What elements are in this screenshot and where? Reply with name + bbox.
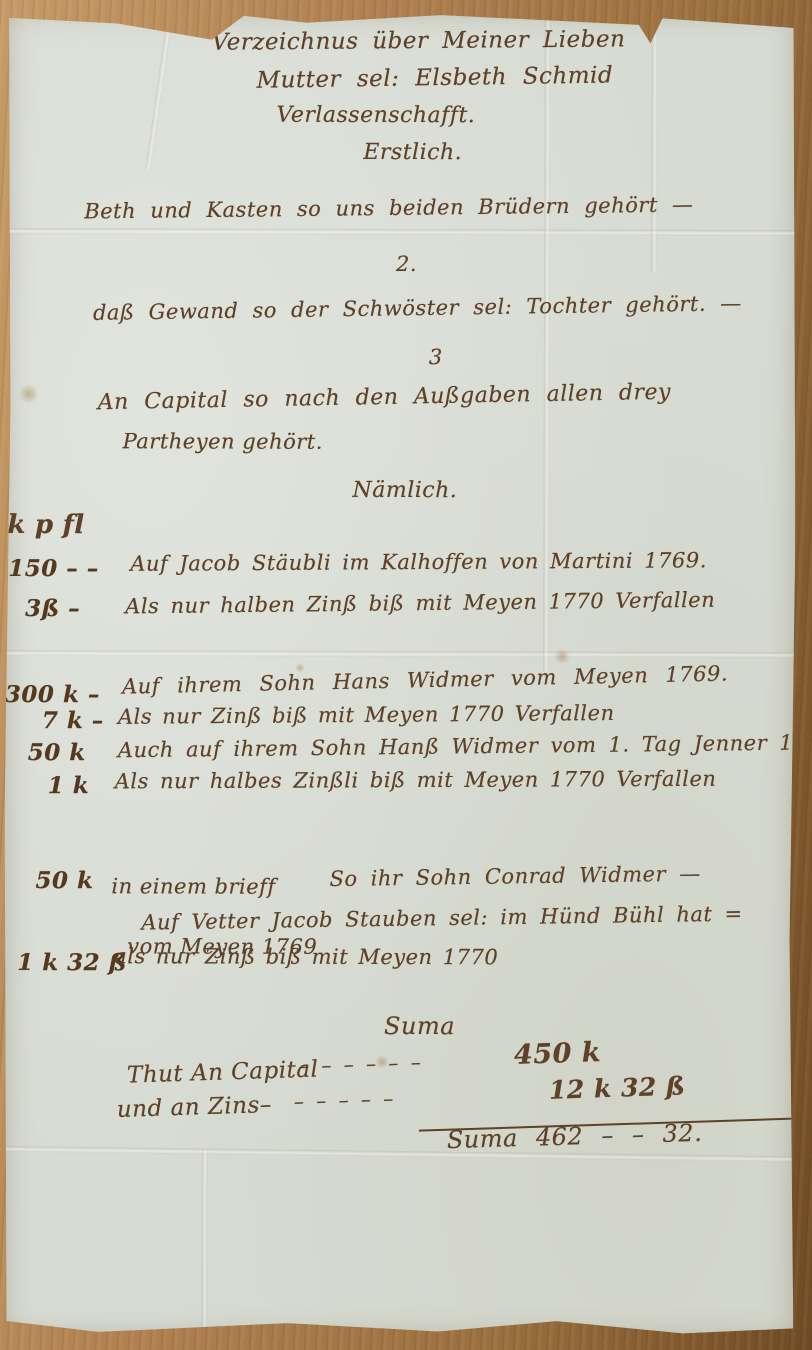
- summary-total-value: 462 – – 32.: [536, 1119, 703, 1152]
- item-3-number: 3: [429, 345, 443, 369]
- currency-symbol-3: fl: [63, 510, 85, 540]
- summary-interest-value: 12 k 32 ß: [548, 1071, 685, 1104]
- letter-block-amount: 50 k: [35, 867, 93, 894]
- item-2-number: 2.: [396, 252, 417, 276]
- letter-block-line-4: als nur Zinß biß mit Meyen 1770: [114, 944, 498, 969]
- fold-crease-vertical: [201, 1150, 207, 1337]
- summary-total-label: Suma: [446, 1124, 518, 1154]
- ink-stain: [553, 649, 571, 663]
- section-heading-naemlich: Nämlich.: [352, 478, 457, 503]
- title-line-3: Verlassenschafft.: [276, 103, 475, 129]
- letter-block-line-1a: in einem brieff: [111, 874, 275, 898]
- summary-heading: Suma: [384, 1012, 455, 1040]
- ledger-row-amount: 50 k: [28, 739, 86, 766]
- ledger-row-amount: 3ß –: [25, 595, 80, 622]
- item-3-text-line-2: Partheyen gehört.: [123, 429, 323, 454]
- summary-capital-dash-leaders: – – – – – –: [299, 1050, 425, 1078]
- fold-crease-horizontal: [5, 650, 795, 658]
- ink-stain: [18, 385, 40, 403]
- letter-block-line-2: Auf Vetter Jacob Stauben sel: im Hünd Bü…: [141, 902, 743, 935]
- ledger-row-amount: 150 – –: [8, 555, 99, 582]
- title-line-2: Mutter sel: Elsbeth Schmid: [256, 62, 613, 93]
- ledger-row-amount: 300 k –: [5, 681, 100, 708]
- fold-crease-vertical: [651, 12, 658, 272]
- currency-symbol-2: p: [35, 510, 54, 540]
- summary-total-line: Suma 462 – – 32.: [446, 1119, 702, 1154]
- title-line-1: Verzeichnus über Meiner Lieben: [212, 26, 626, 55]
- ledger-row-text: Als nur Zinß biß mit Meyen 1770 Verfalle…: [118, 701, 615, 729]
- summary-capital-label: Thut An Capital: [127, 1056, 319, 1088]
- currency-column-symbols: kpfl: [7, 510, 93, 540]
- letter-block-line-1b: So ihr Sohn Conrad Widmer —: [329, 862, 701, 892]
- summary-interest-dash-leaders: – – – – –: [294, 1086, 397, 1113]
- ledger-row-amount: 7 k –: [42, 707, 104, 734]
- fold-crease-horizontal: [6, 228, 796, 236]
- summary-capital-value: 450 k: [514, 1037, 602, 1071]
- section-heading-erstlich: Erstlich.: [363, 140, 462, 165]
- ledger-row-text: Auf ihrem Sohn Hans Widmer vom Meyen 176…: [122, 661, 728, 698]
- paper-sheet: Verzeichnus über Meiner Lieben Mutter se…: [3, 10, 796, 1339]
- letter-block-interest-amount: 1 k 32 ß: [17, 949, 127, 976]
- ledger-row-text: Als nur halbes Zinßli biß mit Meyen 1770…: [115, 767, 717, 794]
- summary-interest-label: und an Zins–: [116, 1092, 272, 1123]
- ledger-row-text: Auf Jacob Stäubli im Kalhoffen von Marti…: [130, 548, 707, 576]
- item-1-text: Beth und Kasten so uns beiden Brüdern ge…: [84, 193, 694, 224]
- item-3-text-line-1: An Capital so nach den Außgaben allen dr…: [98, 380, 672, 416]
- currency-symbol-1: k: [7, 510, 26, 540]
- fold-crease-horizontal: [4, 1146, 794, 1162]
- ledger-row-text: Auch auf ihrem Sohn Hanß Widmer vom 1. T…: [118, 730, 812, 762]
- item-2-text: daß Gewand so der Schwöster sel: Tochter…: [93, 291, 742, 325]
- photo-of-document: { "palette": { "ink": "#5d4128", "paper"…: [0, 0, 812, 1350]
- ledger-row-text: Als nur halben Zinß biß mit Meyen 1770 V…: [125, 588, 715, 619]
- fold-crease-diagonal: [145, 11, 174, 170]
- ledger-row-amount: 1 k: [48, 772, 90, 799]
